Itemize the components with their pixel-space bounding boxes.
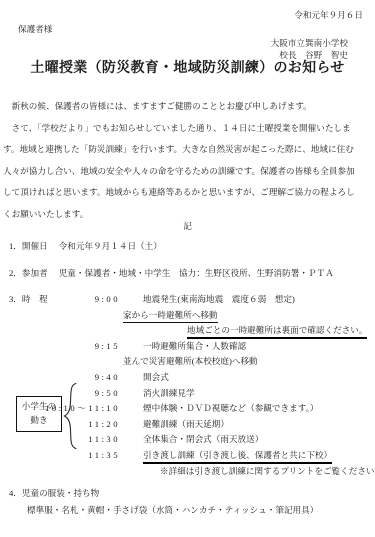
participants-value: 児童・保護者・地域・中学生 協力：生野区役所、生野消防署・ＰＴＡ bbox=[59, 268, 334, 278]
student-movement-line2: 動き bbox=[17, 414, 61, 428]
body-paragraph: さて、「学校だより」でもお知らせしていました通り、１４日に土曜授業を開催いたしま… bbox=[3, 118, 361, 226]
event-date-label: 1．開催日 bbox=[9, 241, 48, 251]
schedule-text: 全体集合・閉会式（雨天放送） bbox=[143, 432, 263, 448]
participants-row: 2．参加者児童・保護者・地域・中学生 協力：生野区役所、生野消防署・ＰＴＡ bbox=[9, 266, 334, 282]
schedule-row: 並んで災害避難所(本校校庭)へ移動 bbox=[0, 354, 375, 370]
schedule-text: 地域ごとの一時避難所は裏面で確認ください。 bbox=[187, 323, 367, 339]
schedule-text: 家から一時避難所へ移動 bbox=[123, 308, 218, 324]
body-text: 新秋の候、保護者の皆様には、ますますご健勝のこととお慶び申しあげます。 さて、「… bbox=[3, 96, 361, 225]
schedule-time bbox=[0, 464, 120, 480]
schedule-text: 開会式 bbox=[143, 370, 169, 386]
recipient: 保護者様 bbox=[18, 23, 52, 35]
schedule-time: 11:35 bbox=[0, 448, 120, 464]
participants-label: 2．参加者 bbox=[9, 268, 48, 278]
schedule-time: 9:00 bbox=[0, 292, 120, 308]
schedule: 9:00 地震発生(東南海地震 震度６弱 想定) 家から一時避難所へ移動 地域ご… bbox=[0, 292, 375, 479]
schedule-text: 消火訓練見学 bbox=[143, 386, 195, 402]
student-movement-line1: 小学生の bbox=[17, 400, 61, 414]
schedule-time: 9:40 bbox=[0, 370, 120, 386]
attire-value: 標準服・名札・黄帽・手さげ袋（水筒・ハンカチ・ティッシュ・筆記用具） bbox=[27, 503, 318, 519]
schedule-row: 11:30 全体集合・閉会式（雨天放送） bbox=[0, 432, 375, 448]
schedule-text: 一時避難所集合・人数確認 bbox=[143, 339, 246, 355]
schedule-time bbox=[0, 308, 120, 324]
notice-page: 令和元年９月６日 保護者様 大阪市立巽南小学校 校長 谷野 智史 土曜授業（防災… bbox=[0, 0, 375, 537]
schedule-row: 地域ごとの一時避難所は裏面で確認ください。 bbox=[0, 323, 375, 339]
schedule-row: 11:35 引き渡し訓練（引き渡し後、保護者と共に下校） bbox=[0, 448, 375, 464]
school-name: 大阪市立巽南小学校 bbox=[271, 37, 348, 49]
schedule-time bbox=[0, 323, 120, 339]
attire-label: 4．児童の服装・持ち物 bbox=[9, 486, 99, 502]
student-movement-box: 小学生の 動き bbox=[16, 396, 62, 432]
schedule-row: 9:15 一時避難所集合・人数確認 bbox=[0, 339, 375, 355]
issue-date: 令和元年９月６日 bbox=[294, 9, 363, 21]
notice-title: 土曜授業（防災教育・地域防災訓練）のお知らせ bbox=[0, 57, 375, 77]
schedule-time bbox=[0, 354, 120, 370]
schedule-text: 地震発生(東南海地震 震度６弱 想定) bbox=[143, 292, 295, 308]
event-date-value: 令和元年９月１４日（土） bbox=[59, 241, 162, 251]
record-mark: 記 bbox=[0, 219, 375, 235]
schedule-row: 家から一時避難所へ移動 bbox=[0, 308, 375, 324]
schedule-text: 煙中体験・ＤＶＤ視聴など（参観できます。） bbox=[143, 401, 318, 417]
schedule-text: 引き渡し訓練（引き渡し後、保護者と共に下校） bbox=[143, 448, 332, 464]
schedule-row: 9:00 地震発生(東南海地震 震度６弱 想定) bbox=[0, 292, 375, 308]
event-date-row: 1．開催日令和元年９月１４日（土） bbox=[9, 239, 162, 255]
schedule-time: 9:15 bbox=[0, 339, 120, 355]
schedule-text: 並んで災害避難所(本校校庭)へ移動 bbox=[123, 354, 258, 370]
schedule-text: 避難訓練（雨天延期） bbox=[143, 417, 229, 433]
schedule-row: ※詳細は引き渡し訓練に関するプリントをご覧ください。 bbox=[0, 464, 375, 480]
schedule-text: ※詳細は引き渡し訓練に関するプリントをご覧ください。 bbox=[160, 464, 375, 480]
schedule-row: 9:40 開会式 bbox=[0, 370, 375, 386]
left-brace-icon bbox=[63, 382, 77, 450]
schedule-time: 11:30 bbox=[0, 432, 120, 448]
greeting-paragraph: 新秋の候、保護者の皆様には、ますますご健勝のこととお慶び申しあげます。 bbox=[3, 96, 361, 118]
